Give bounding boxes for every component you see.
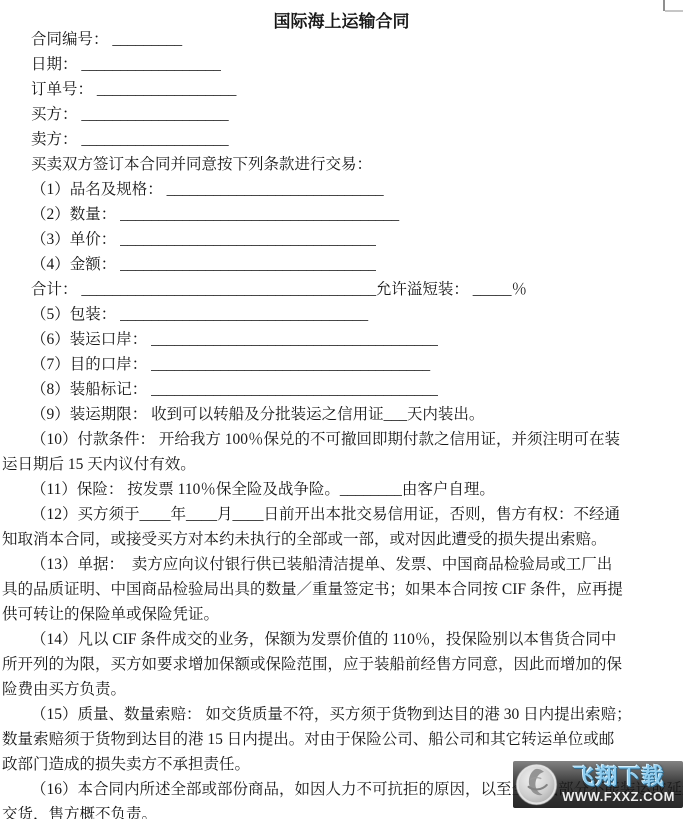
contract-line: （7）目的口岸： _______________________________… — [0, 352, 683, 377]
contract-line: （12）买方须于____年____月____日前开出本批交易信用证，否则，售方有… — [0, 502, 683, 527]
contract-line: （6）装运口岸： _______________________________… — [0, 327, 683, 352]
contract-line: 卖方： ___________________ — [0, 127, 683, 152]
contract-line: 知取消本合同，或接受买方对本约未执行的全部或一部，或对因此遭受的损失提出索赔。 — [0, 527, 683, 552]
watermark-site: WWW.FXXZ.COM — [562, 790, 675, 803]
contract-line: 所开列的为限，买方如要求增加保额或保险范围，应于装船前经售方同意，因此而增加的保 — [0, 652, 683, 677]
contract-line: 供可转让的保险单或保险凭证。 — [0, 602, 683, 627]
contract-body: 合同编号： _________日期： __________________订单号… — [0, 27, 683, 819]
contract-line: 买方： ___________________ — [0, 102, 683, 127]
contract-line: 运日期后 15 天内议付有效。 — [0, 452, 683, 477]
contract-line: （2）数量： _________________________________… — [0, 202, 683, 227]
contract-line: （15）质量、数量索赔： 如交货质量不符，买方须于货物到达目的港 30 日内提出… — [0, 702, 683, 727]
contract-line: （4）金额： _________________________________ — [0, 252, 683, 277]
contract-line: 合计： ____________________________________… — [0, 277, 683, 302]
contract-line: 具的品质证明、中国商品检验局出具的数量／重量签定书；如果本合同按 CIF 条件，… — [0, 577, 683, 602]
contract-line: 订单号： __________________ — [0, 77, 683, 102]
contract-line: 数量索赔须于货物到达目的港 15 日内提出。对由于保险公司、船公司和其它转运单位… — [0, 727, 683, 752]
contract-line: 日期： __________________ — [0, 52, 683, 77]
watermark-text-block: 飞翔下载 WWW.FXXZ.COM — [557, 766, 680, 803]
contract-line: （10）付款条件： 开给我方 100％保兑的不可撤回即期付款之信用证，并须注明可… — [0, 427, 683, 452]
contract-line: （14）凡以 CIF 条件成交的业务，保额为发票价值的 110％，投保险别以本售… — [0, 627, 683, 652]
contract-line: 买卖双方签订本合同并同意按下列条款进行交易： — [0, 152, 683, 177]
contract-line: （1）品名及规格： ____________________________ — [0, 177, 683, 202]
contract-line: （3）单价： _________________________________ — [0, 227, 683, 252]
contract-line: （13）单据： 卖方应向议付银行供已装船清洁提单、发票、中国商品检验局或工厂出 — [0, 552, 683, 577]
contract-line: （5）包装： ________________________________ — [0, 302, 683, 327]
page-title: 国际海上运输合同 — [0, 0, 683, 27]
page-corner-mark-horizontal — [665, 10, 683, 12]
contract-line: （9）装运期限： 收到可以转船及分批装运之信用证___天内装出。 — [0, 402, 683, 427]
contract-document: 国际海上运输合同 合同编号： _________日期： ____________… — [0, 0, 683, 819]
contract-line: 险费由买方负责。 — [0, 677, 683, 702]
contract-line: （8）装船标记： _______________________________… — [0, 377, 683, 402]
watermark: 飞翔下载 WWW.FXXZ.COM — [513, 761, 683, 808]
watermark-brand: 飞翔下载 — [572, 766, 664, 788]
contract-line: （11）保险： 按发票 110％保全险及战争险。________由客户自理。 — [0, 477, 683, 502]
fxxz-logo-icon — [515, 763, 558, 806]
